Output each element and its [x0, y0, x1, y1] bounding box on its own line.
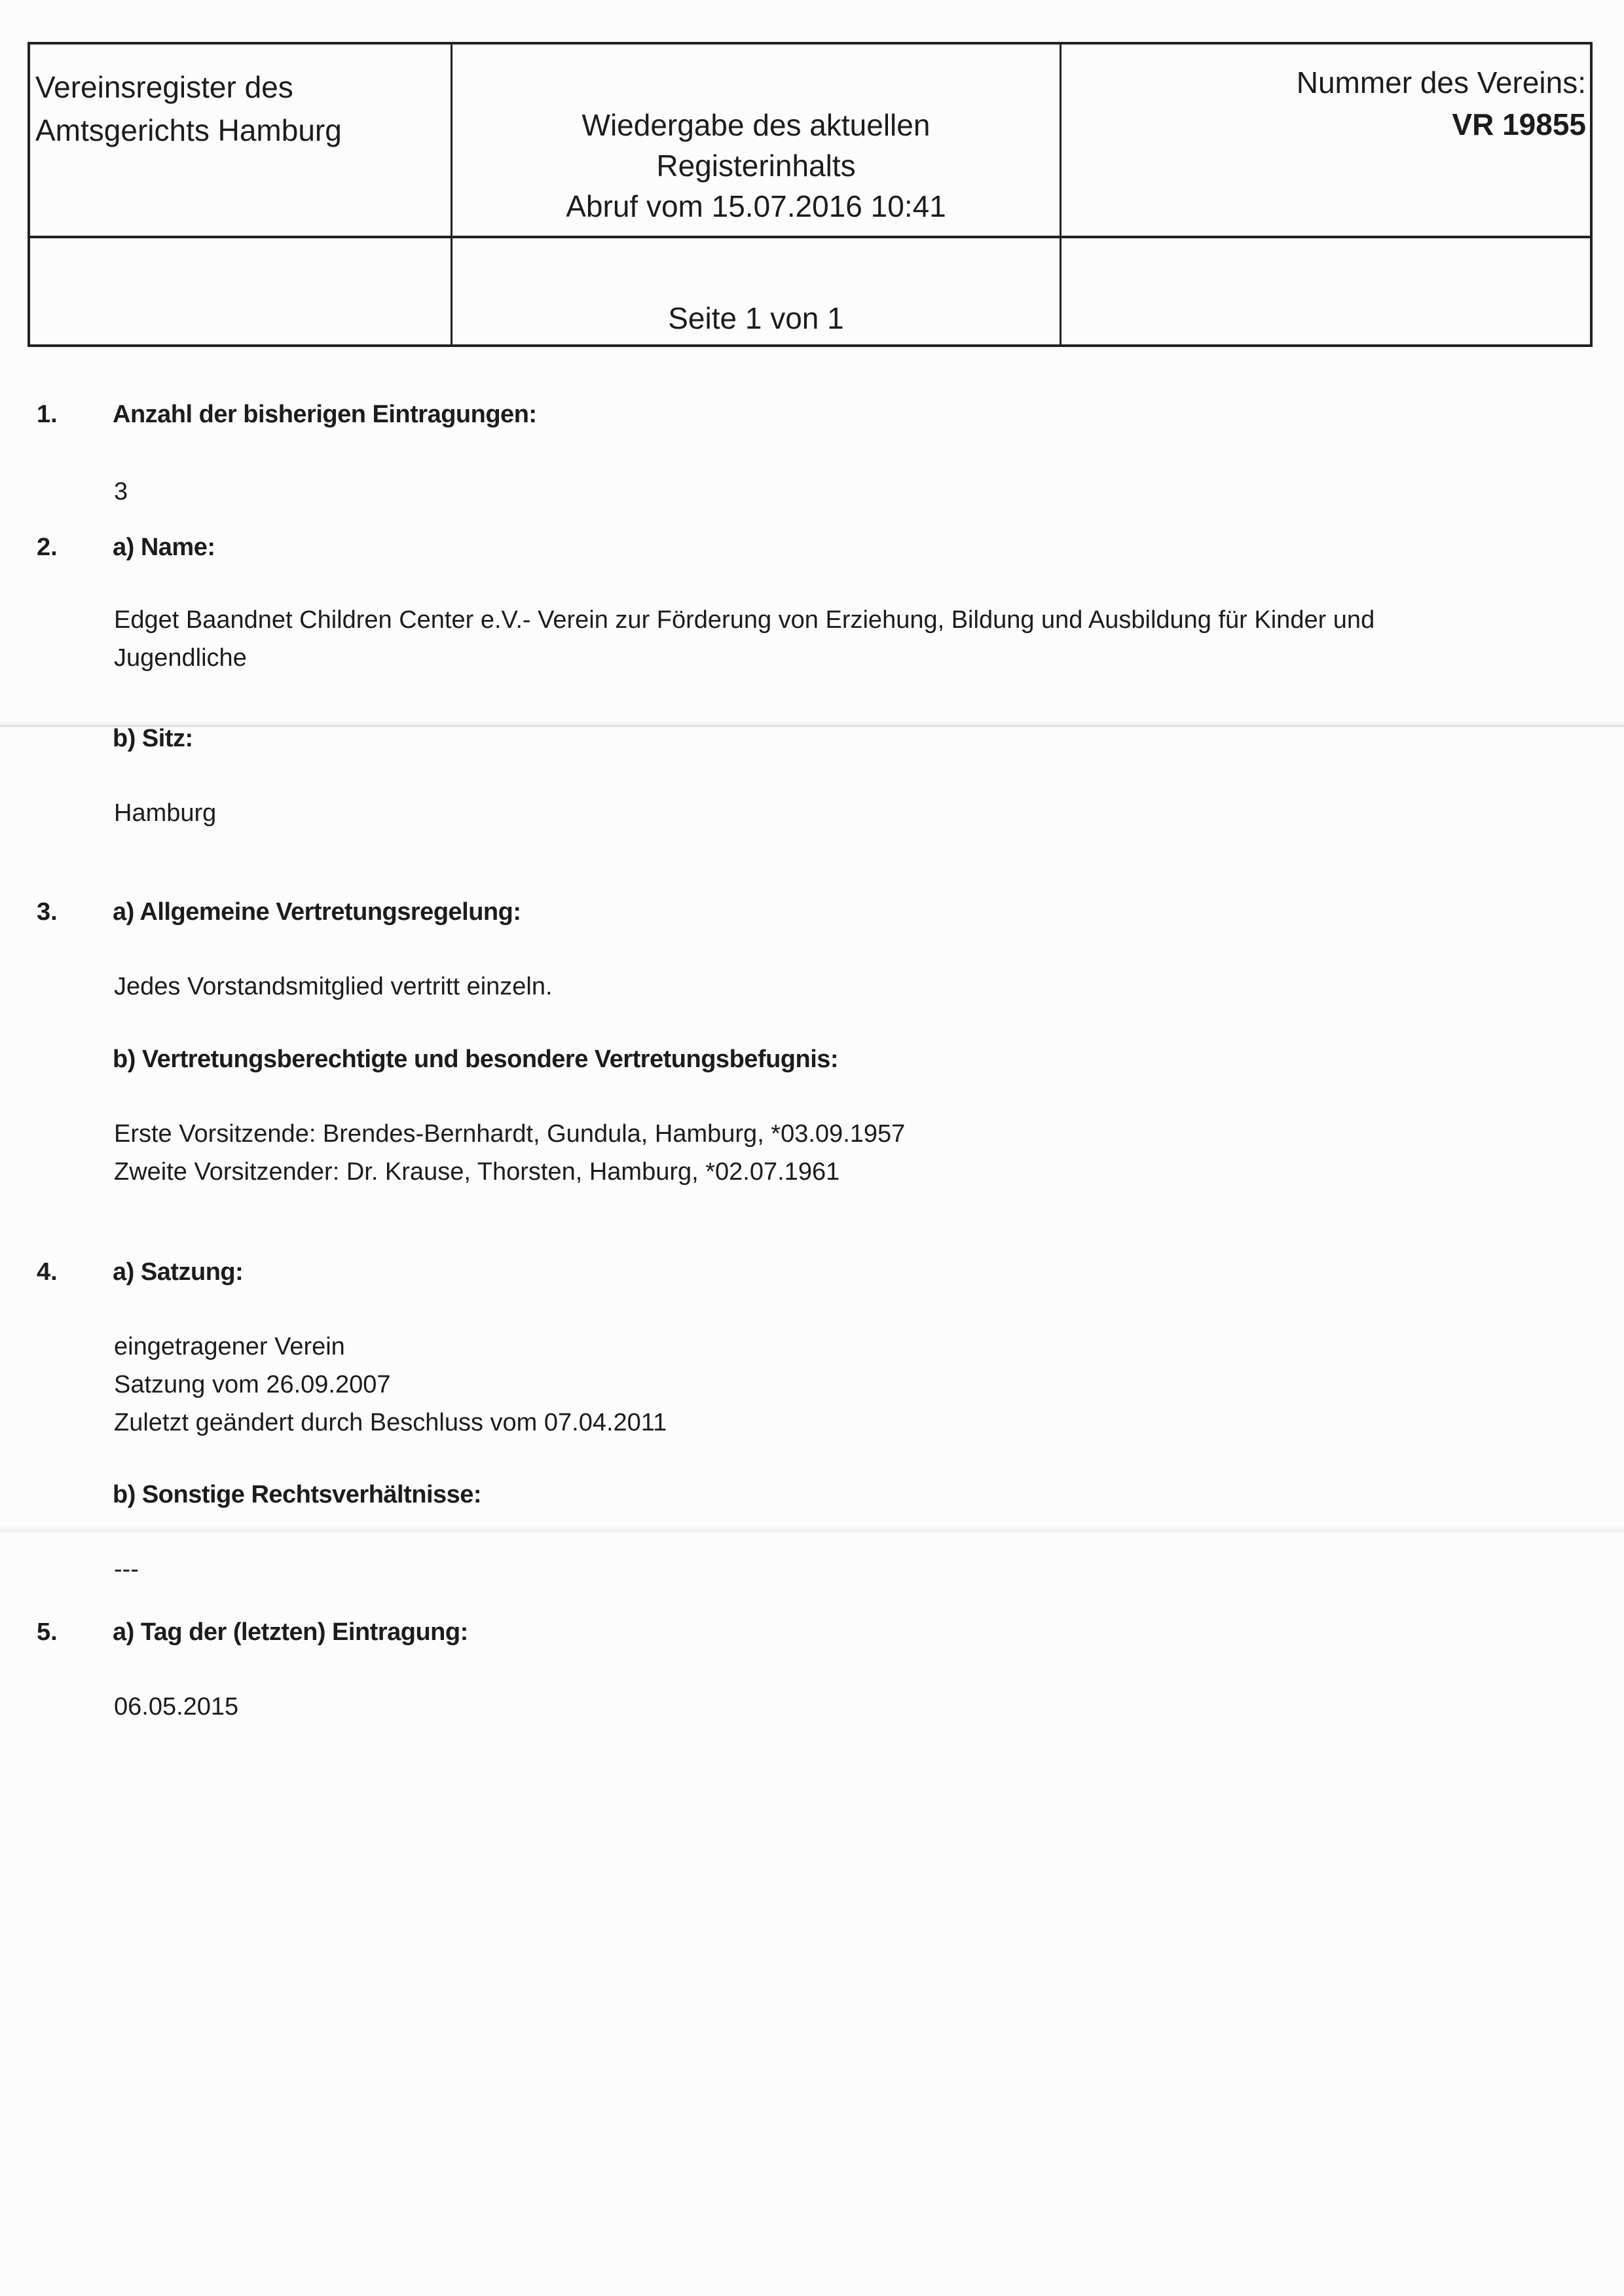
section-number: 1. [37, 401, 58, 429]
representation-rule: Jedes Vorstandsmitglied vertritt einzeln… [114, 968, 553, 1006]
last-entry-date: 06.05.2015 [114, 1688, 238, 1726]
section-number: 3. [37, 898, 58, 926]
court-name: Vereinsregister des Amtsgerichts Hamburg [35, 65, 342, 152]
document-title: Wiedergabe des aktuellen Registerinhalts… [452, 105, 1060, 227]
section-heading: a) Tag der (letzten) Eintragung: [113, 1618, 468, 1647]
paper-fold-line [0, 725, 1624, 727]
section-subheading: b) Vertretungsberechtigte und besondere … [113, 1046, 838, 1074]
retrieval-timestamp: Abruf vom 15.07.2016 10:41 [452, 186, 1060, 227]
section-subheading: b) Sitz: [113, 725, 193, 753]
section-number: 4. [37, 1258, 58, 1286]
section-heading: a) Satzung: [113, 1258, 243, 1286]
section-number: 5. [37, 1618, 58, 1647]
title-cell: Wiedergabe des aktuellen Registerinhalts… [452, 45, 1061, 238]
board-members: Erste Vorsitzende: Brendes-Bernhardt, Gu… [114, 1115, 905, 1191]
association-name: Edget Baandnet Children Center e.V.- Ver… [114, 601, 1375, 677]
section-heading: Anzahl der bisherigen Eintragungen: [113, 401, 537, 429]
section-subheading: b) Sonstige Rechtsverhältnisse: [113, 1481, 481, 1509]
association-number-cell: Nummer des Vereins: VR 19855 [1061, 45, 1590, 238]
association-number: VR 19855 [1452, 105, 1586, 144]
association-number-label: Nummer des Vereins: [1297, 63, 1586, 102]
entry-count: 3 [114, 473, 128, 511]
page-indicator: Seite 1 von 1 [452, 299, 1060, 338]
page-cell: Seite 1 von 1 [452, 238, 1061, 344]
section-heading: a) Allgemeine Vertretungsregelung: [113, 898, 521, 926]
statute-details: eingetragener Verein Satzung vom 26.09.2… [114, 1328, 667, 1442]
empty-cell-right [1061, 238, 1590, 344]
section-heading: a) Name: [113, 534, 215, 562]
board-member: Erste Vorsitzende: Brendes-Bernhardt, Gu… [114, 1115, 905, 1153]
section-number: 2. [37, 534, 58, 562]
board-member: Zweite Vorsitzender: Dr. Krause, Thorste… [114, 1153, 905, 1191]
paper-fold-shadow [0, 720, 1624, 729]
register-header-table: Vereinsregister des Amtsgerichts Hamburg… [28, 42, 1593, 347]
empty-cell-left [30, 238, 452, 344]
court-cell: Vereinsregister des Amtsgerichts Hamburg [30, 45, 452, 238]
association-seat: Hamburg [114, 794, 216, 832]
other-legal-relations: --- [114, 1550, 139, 1588]
paper-fold-shadow [0, 1525, 1624, 1535]
